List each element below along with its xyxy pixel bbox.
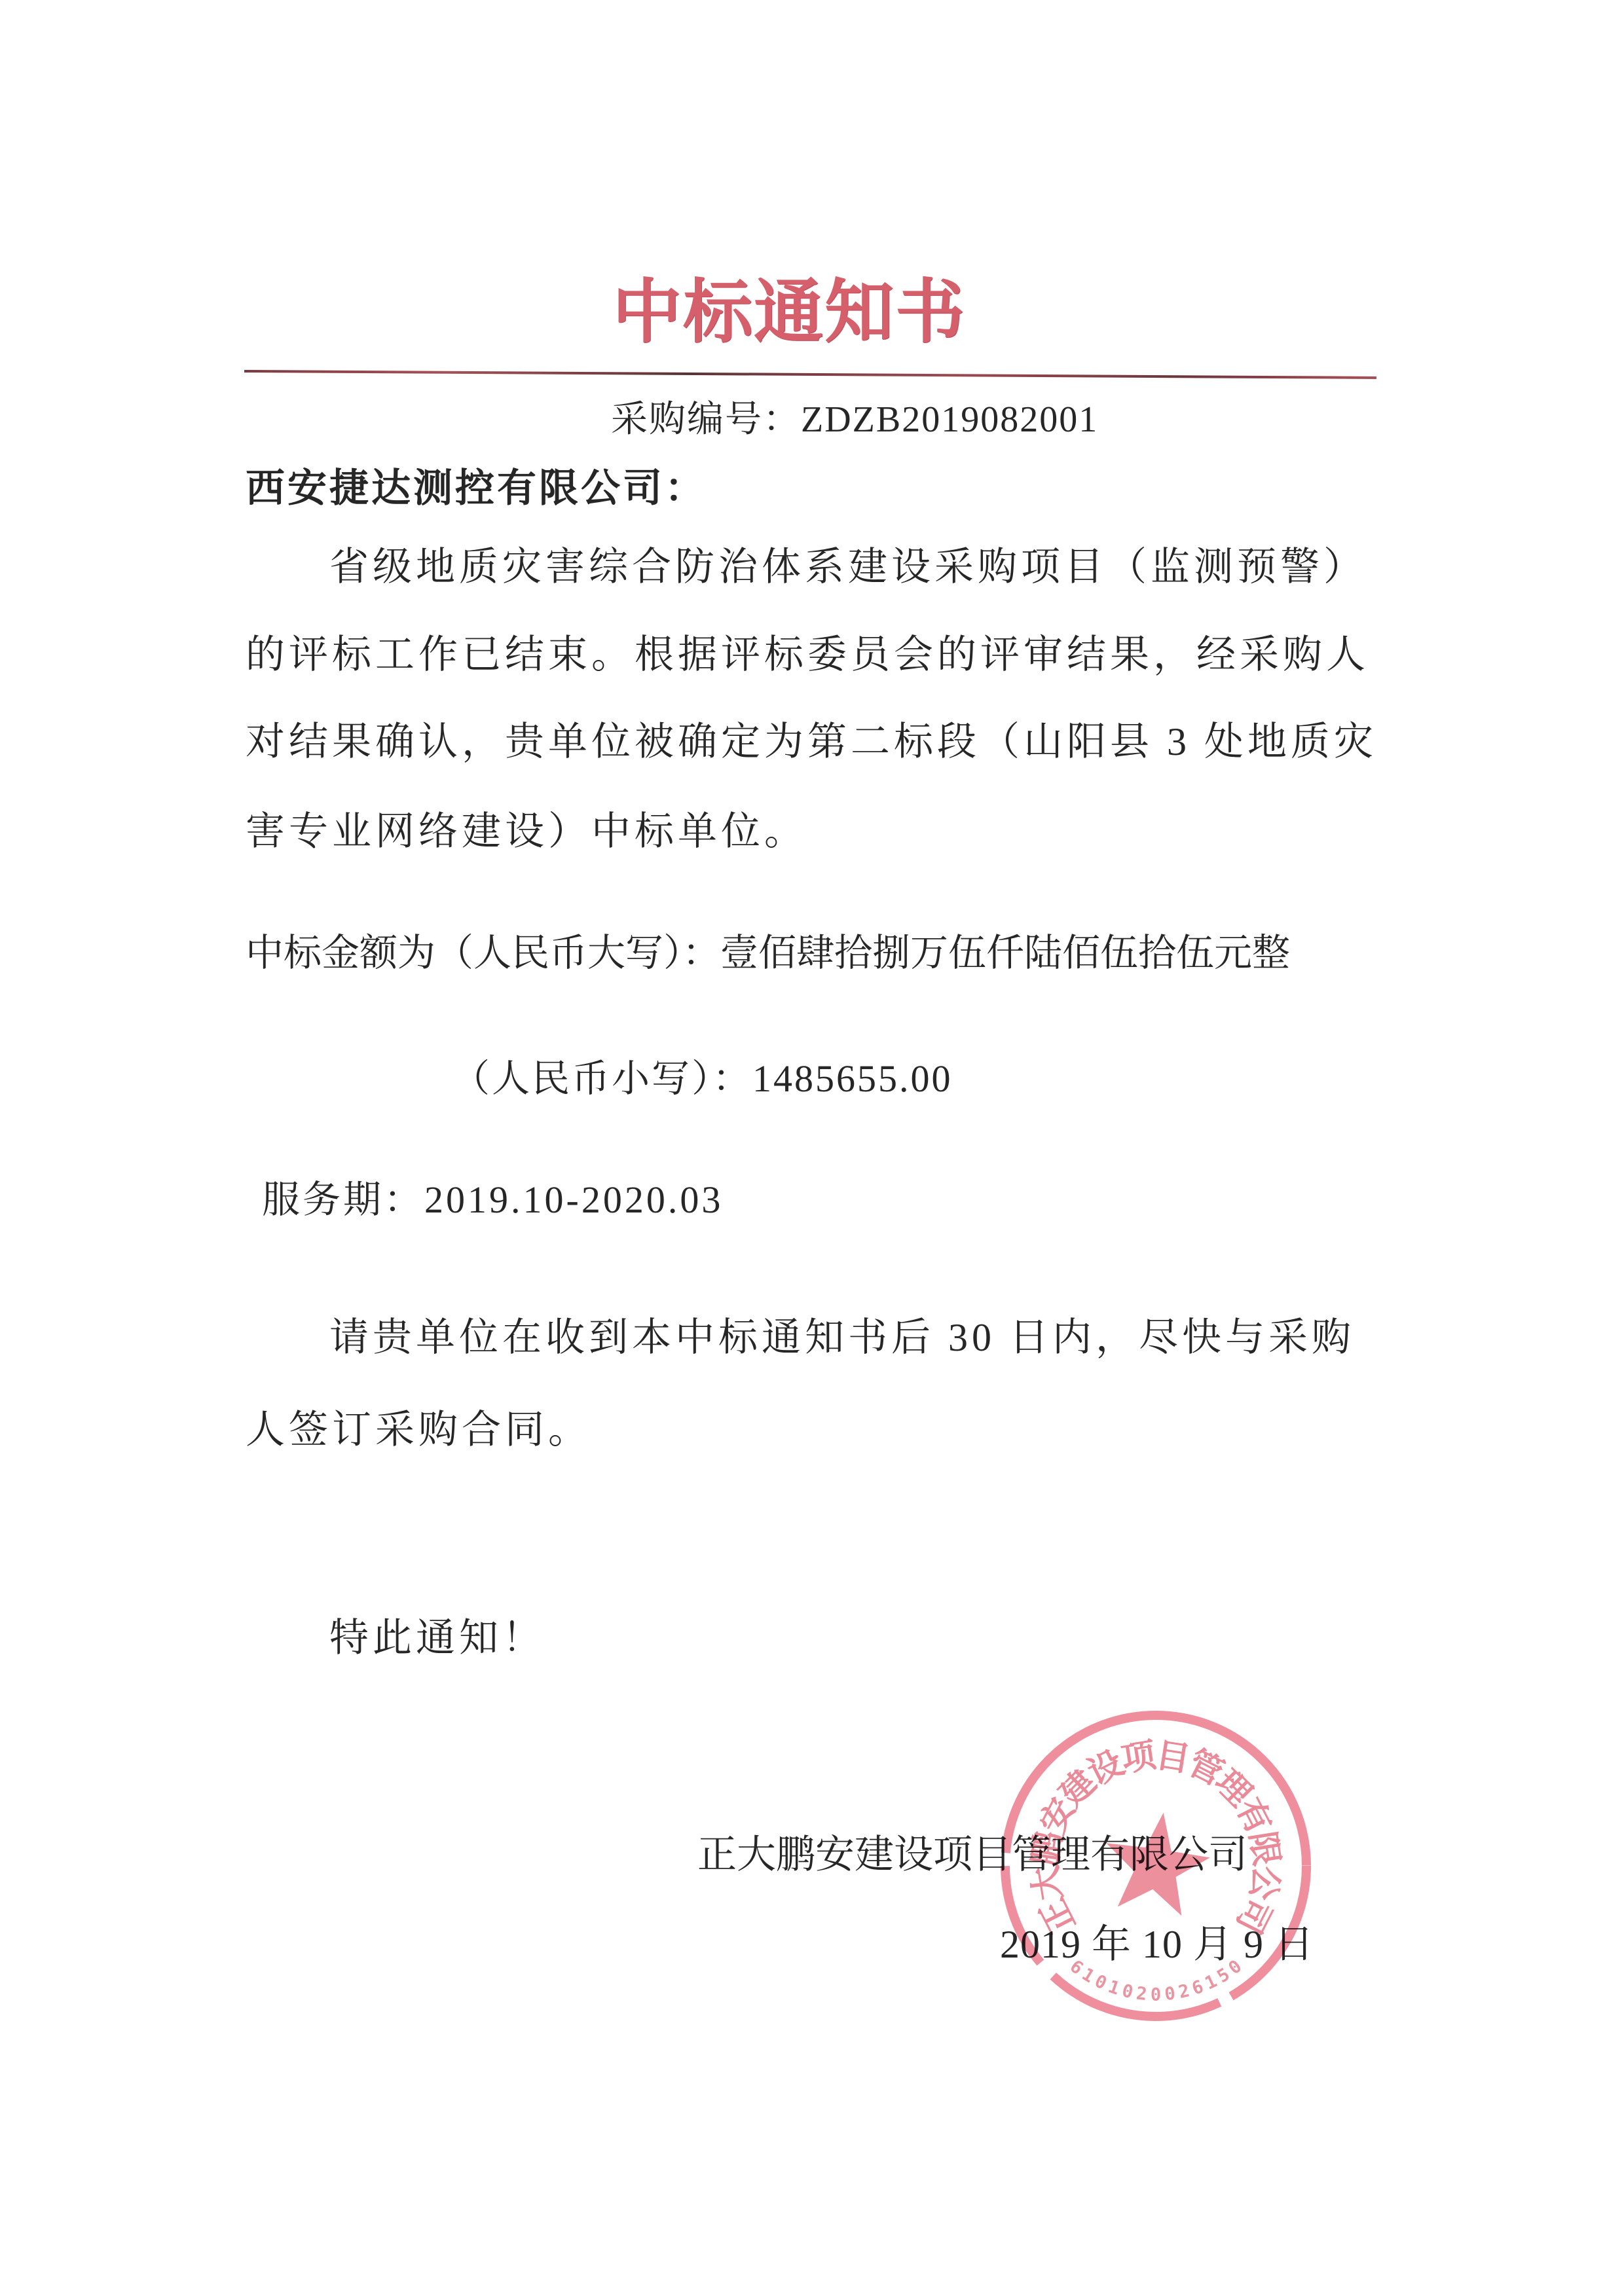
svg-text:限: 限 <box>1243 1829 1285 1868</box>
para2-line-1: 请贵单位在收到本中标通知书后 30 日内，尽快与采购 <box>329 1306 1355 1362</box>
award-notice-document: 中标通知书 采购编号：ZDZB2019082001 西安捷达测控有限公司： 省级… <box>0 0 1624 2296</box>
svg-text:0: 0 <box>1120 1980 1135 2003</box>
para1-line-4: 害专业网络建设）中标单位。 <box>246 800 807 856</box>
para1-line-3: 对结果确认，贵单位被确定为第二标段（山阳县 3 处地质灾 <box>246 710 1377 767</box>
para1-line-1: 省级地质灾害综合防治体系建设采购项目（监测预警） <box>329 536 1367 592</box>
amount-in-words-line: 中标金额为（人民币大写）：壹佰肆拾捌万伍仟陆佰伍拾伍元整 <box>246 922 1290 977</box>
closing-line: 特此通知！ <box>329 1607 545 1663</box>
svg-text:2: 2 <box>1177 1980 1192 2003</box>
seal-star-icon <box>1107 1813 1210 1916</box>
svg-text:1: 1 <box>1105 1977 1122 1999</box>
para2-line-2: 人签订采购合同。 <box>246 1398 591 1455</box>
service-period-line: 服务期：2019.10-2020.03 <box>262 1169 723 1224</box>
amount-numeric-line: （人民币小写）：1485655.00 <box>452 1048 953 1102</box>
title-divider-rule <box>244 370 1376 379</box>
svg-text:0: 0 <box>1151 1985 1161 2005</box>
company-seal-stamp: 正大鹏安建设项目管理有限公司 6101020026150 <box>992 1702 1319 2030</box>
procurement-number: 采购编号：ZDZB2019082001 <box>611 390 1098 443</box>
recipient-line: 西安捷达测控有限公司： <box>246 457 707 513</box>
svg-text:0: 0 <box>1164 1984 1177 2005</box>
para1-line-2: 的评标工作已结束。根据评标委员会的评审结果，经采购人 <box>246 623 1369 680</box>
page-title: 中标通知书 <box>612 257 966 356</box>
svg-text:2: 2 <box>1135 1984 1149 2005</box>
company-seal-svg: 正大鹏安建设项目管理有限公司 6101020026150 <box>992 1702 1319 2030</box>
svg-text:大: 大 <box>1027 1863 1069 1903</box>
